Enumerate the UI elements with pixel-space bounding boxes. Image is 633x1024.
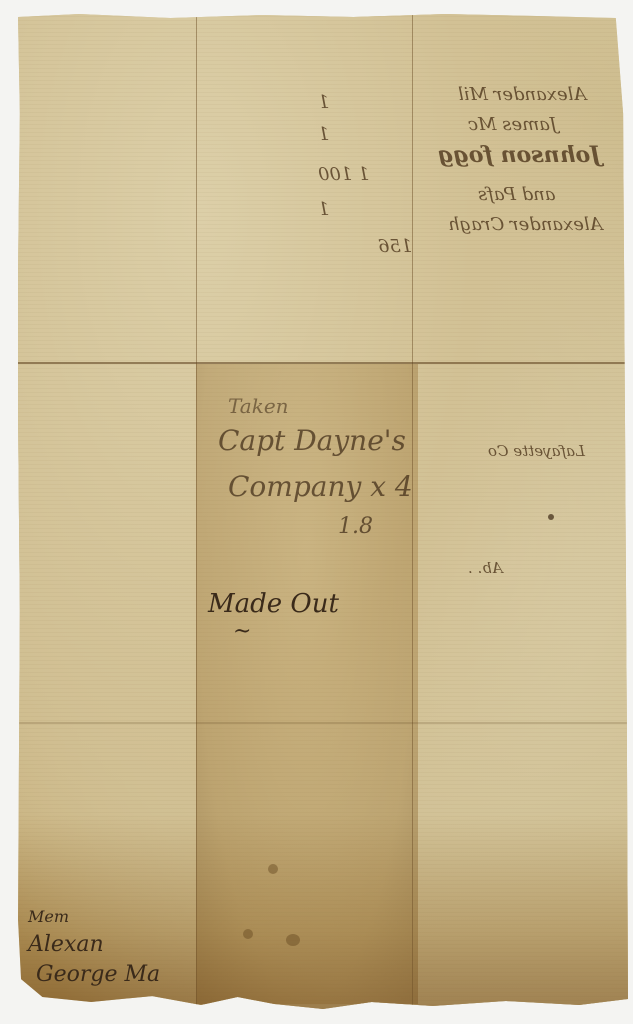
vertical-fold-right [412, 14, 413, 1009]
docket-line-4: 1.8 [338, 514, 373, 539]
fragment-line-3: George Ma [36, 962, 160, 987]
bleed-number: 1 [318, 124, 329, 145]
bleed-number: 1 [318, 92, 329, 113]
docket-line-2: Capt Dayne's [218, 424, 406, 457]
ink-spot [243, 929, 253, 939]
docket-line-1: Taken [228, 394, 289, 418]
bleed-number: 156 [378, 236, 412, 257]
ink-spot [268, 864, 278, 874]
horizontal-fold [18, 362, 628, 364]
horizontal-fold-lower [18, 722, 628, 724]
vertical-fold-left [196, 14, 197, 1009]
bleed-number: 1 [318, 199, 329, 220]
docket-line-3: Company x 4 [228, 470, 413, 503]
bleed-line: and Pafs [478, 184, 556, 205]
fragment-line-2: Alexan [28, 932, 104, 957]
bleed-line: James Mc [468, 114, 557, 135]
manuscript-page: Alexander Mil James Mc Johnson fogg and … [18, 14, 628, 1009]
flourish: ~ [233, 619, 251, 644]
bleed-line-middle: Lafayette Co [488, 442, 585, 460]
bleed-line: Alexander Mil [458, 84, 586, 105]
made-out-note: Made Out [208, 589, 339, 619]
fragment-line-1: Mem [28, 907, 69, 926]
bleed-line-middle: Ab. . [468, 559, 503, 577]
ink-spot [548, 514, 554, 520]
bleed-line: Alexander Cragh [448, 214, 603, 235]
bleed-line: Johnson fogg [438, 142, 601, 168]
bleed-number: 1 100 [318, 164, 370, 185]
ink-spot [286, 934, 300, 946]
